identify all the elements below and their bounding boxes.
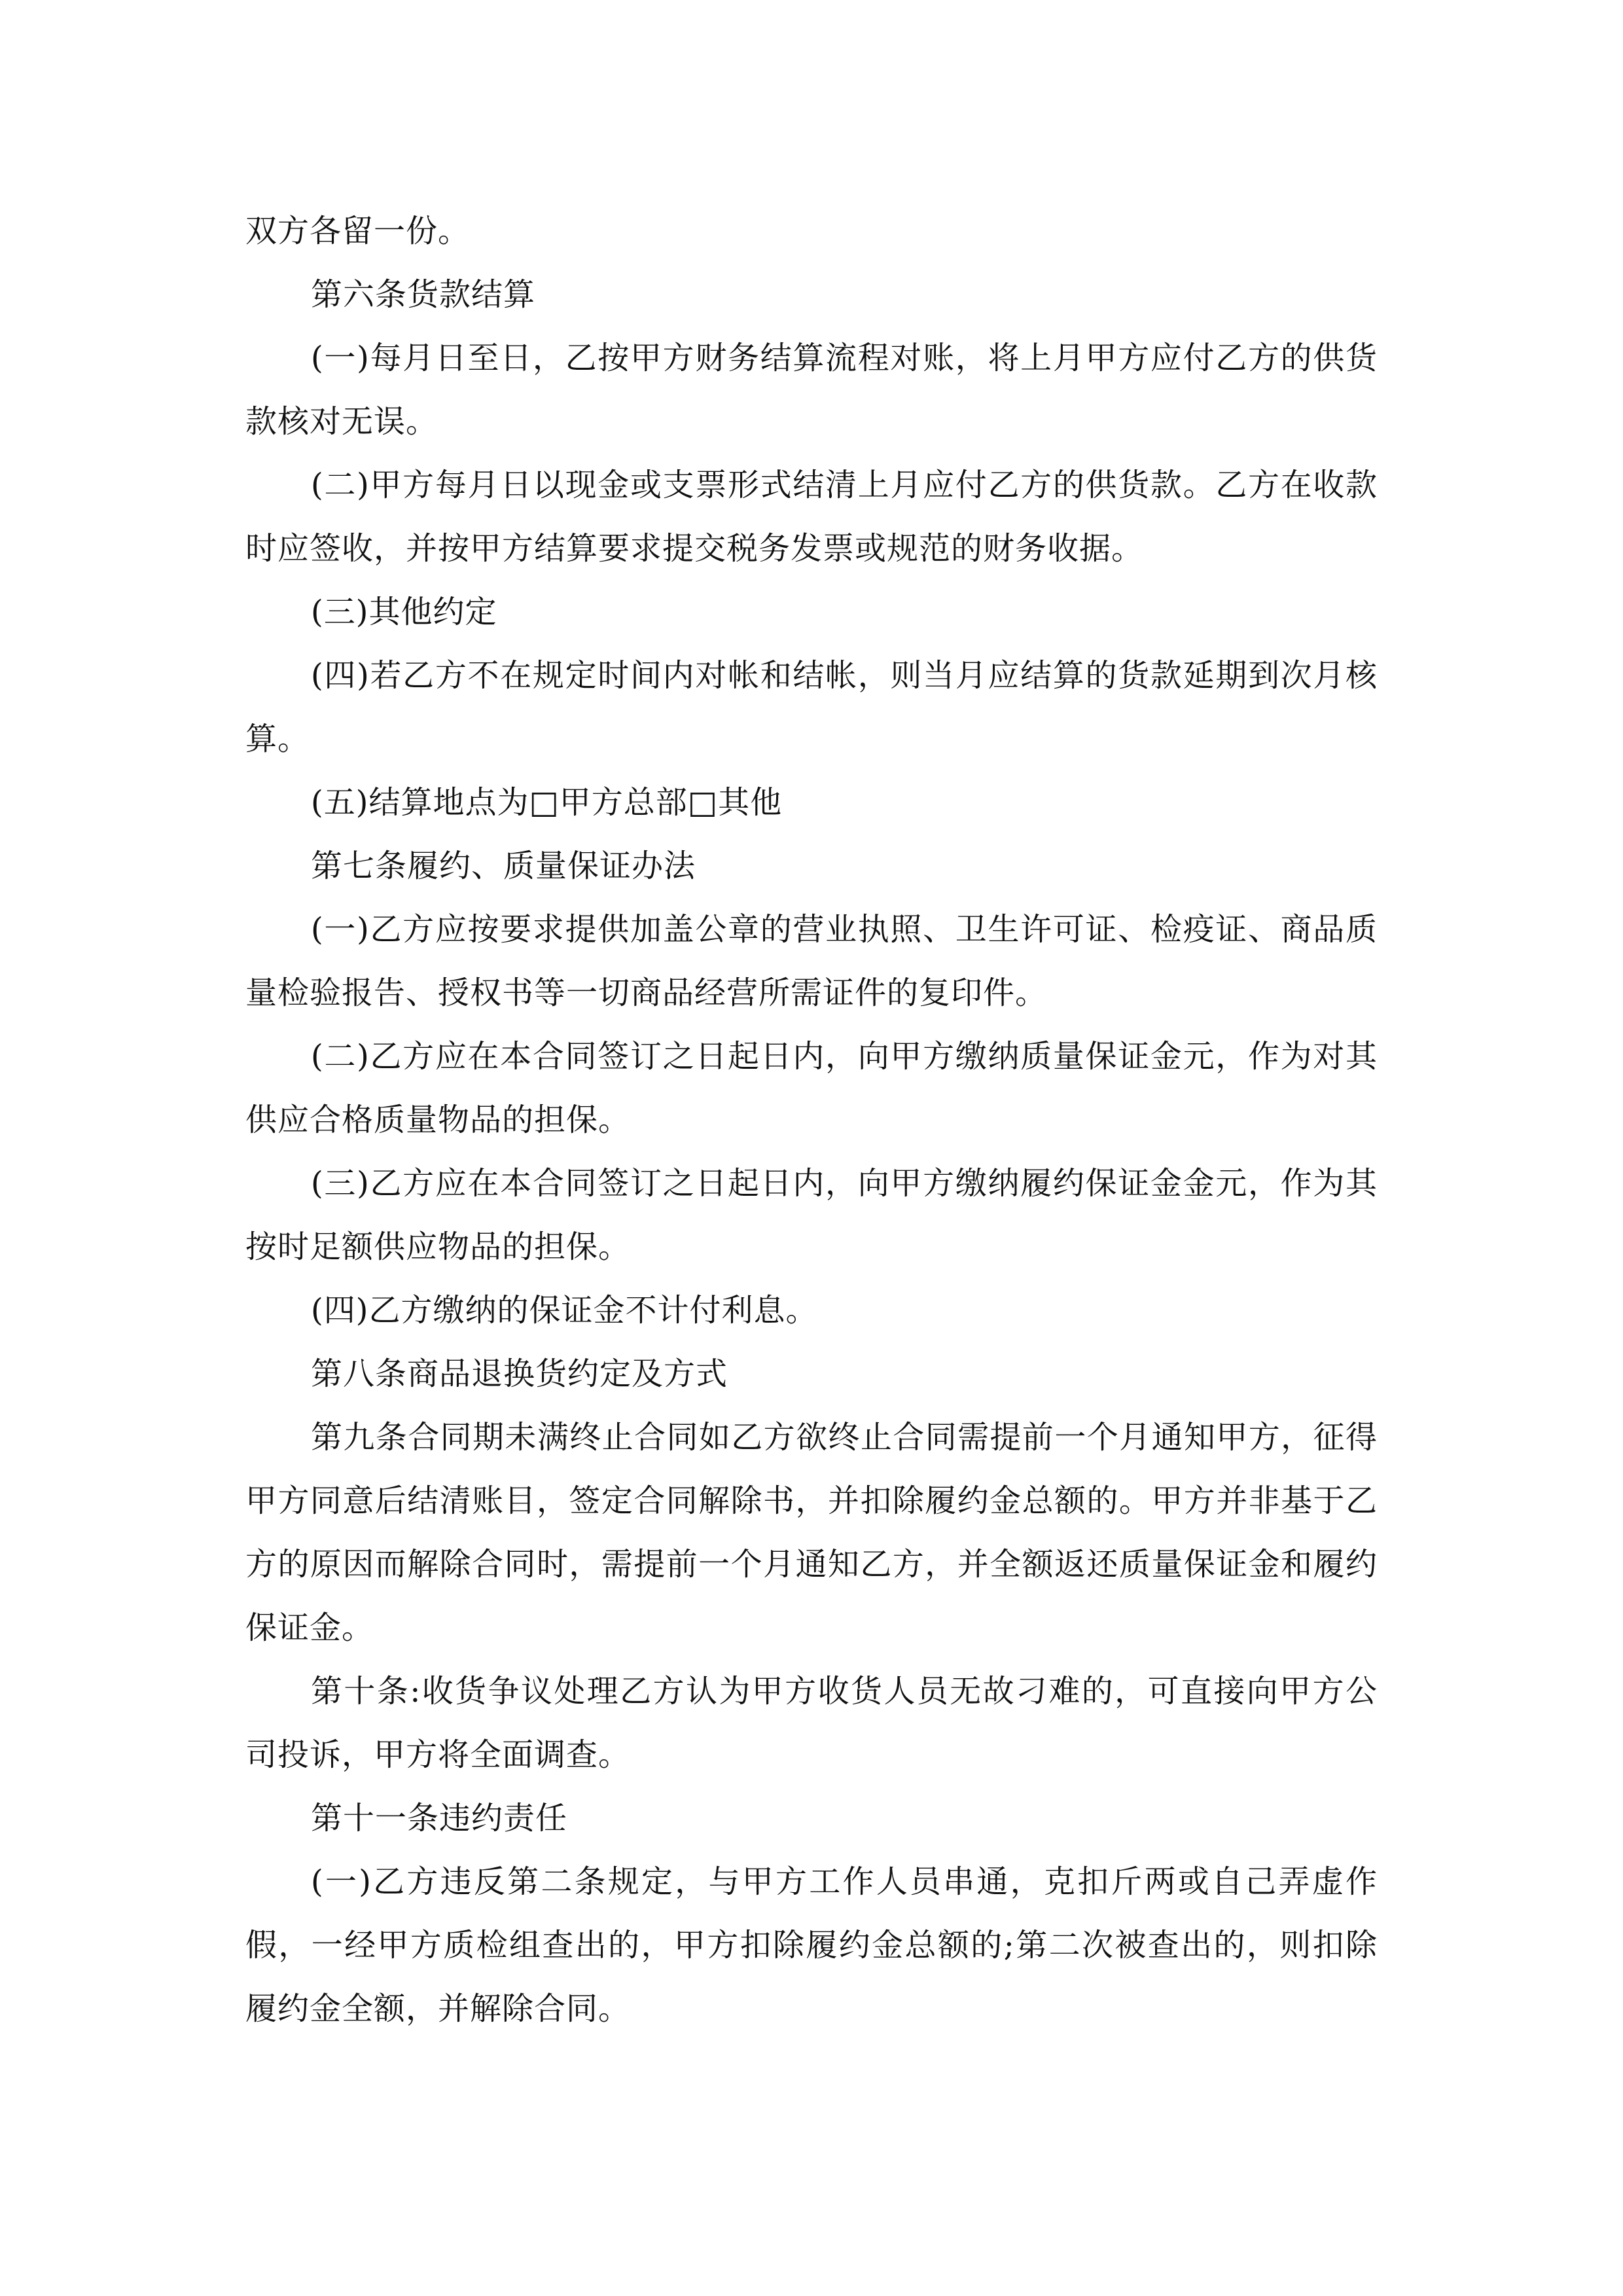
- paragraph-article-6-item-3: (三)其他约定: [245, 581, 1378, 644]
- heading-article-7-performance-guarantee: 第七条履约、质量保证办法: [245, 834, 1378, 898]
- document-page: 双方各留一份。 第六条货款结算 (一)每月日至日，乙按甲方财务结算流程对账，将上…: [245, 200, 1378, 2041]
- paragraph-article-7-item-2: (二)乙方应在本合同签订之日起日内，向甲方缴纳质量保证金元，作为对其供应合格质量…: [245, 1025, 1378, 1152]
- paragraph-article-7-item-4: (四)乙方缴纳的保证金不计付利息。: [245, 1279, 1378, 1342]
- paragraph-article-6-item-5: (五)结算地点为□甲方总部□其他: [245, 771, 1378, 834]
- paragraph-article-11-item-1: (一)乙方违反第二条规定，与甲方工作人员串通，克扣斤两或自己弄虚作假，一经甲方质…: [245, 1850, 1378, 2041]
- paragraph-article-7-item-1: (一)乙方应按要求提供加盖公章的营业执照、卫生许可证、检疫证、商品质量检验报告、…: [245, 898, 1378, 1025]
- paragraph-closing-copies: 双方各留一份。: [245, 200, 1378, 263]
- paragraph-article-6-item-2: (二)甲方每月日以现金或支票形式结清上月应付乙方的供货款。乙方在收款时应签收，并…: [245, 454, 1378, 581]
- paragraph-article-6-item-1: (一)每月日至日，乙按甲方财务结算流程对账，将上月甲方应付乙方的供货款核对无误。: [245, 327, 1378, 454]
- paragraph-article-9-termination: 第九条合同期未满终止合同如乙方欲终止合同需提前一个月通知甲方，征得甲方同意后结清…: [245, 1406, 1378, 1660]
- heading-article-6-payment-settlement: 第六条货款结算: [245, 263, 1378, 327]
- paragraph-article-7-item-3: (三)乙方应在本合同签订之日起日内，向甲方缴纳履约保证金金元，作为其按时足额供应…: [245, 1152, 1378, 1279]
- heading-article-11-liability: 第十一条违约责任: [245, 1787, 1378, 1850]
- paragraph-article-10-dispute: 第十条:收货争议处理乙方认为甲方收货人员无故刁难的，可直接向甲方公司投诉，甲方将…: [245, 1660, 1378, 1787]
- paragraph-article-6-item-4: (四)若乙方不在规定时间内对帐和结帐，则当月应结算的货款延期到次月核算。: [245, 644, 1378, 771]
- heading-article-8-returns: 第八条商品退换货约定及方式: [245, 1342, 1378, 1406]
